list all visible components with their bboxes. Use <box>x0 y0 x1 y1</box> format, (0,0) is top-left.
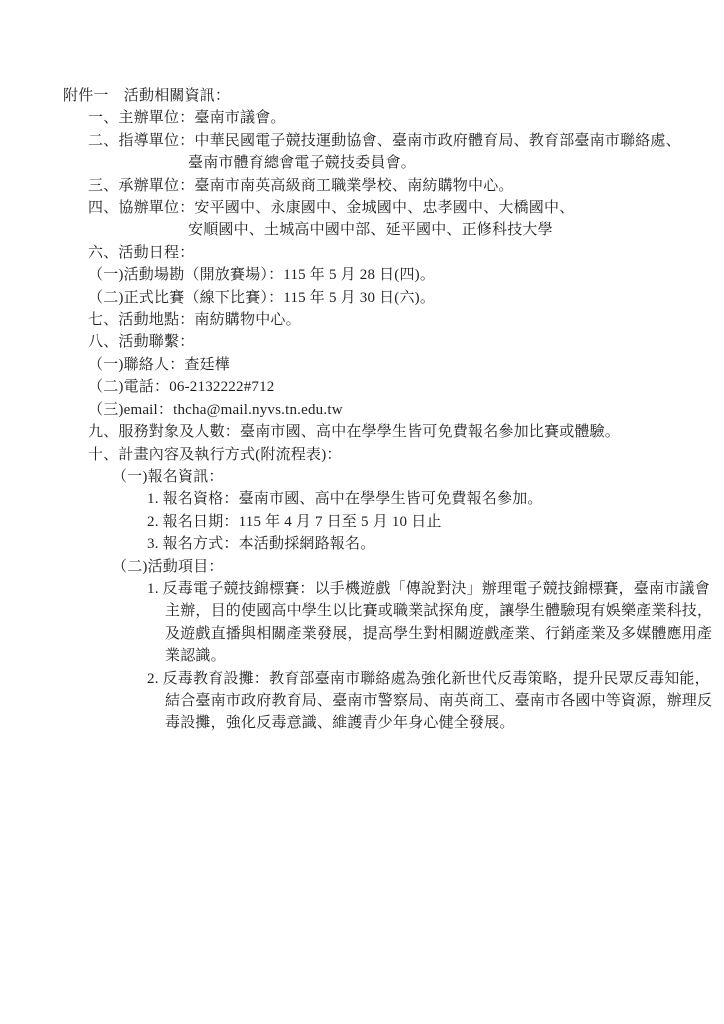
document-lines: 一、主辦單位：臺南市議會。二、指導單位：中華民國電子競技運動協會、臺南市政府體育… <box>0 107 724 734</box>
document-body: 附件一 活動相關資訊： 一、主辦單位：臺南市議會。二、指導單位：中華民國電子競技… <box>0 85 724 735</box>
text-line: 1. 反毒電子競技錦標賽：以手機遊戲「傳說對決」辦理電子競技錦標賽，臺南市議會 <box>0 578 724 600</box>
text-line: 安順國中、土城高中國中部、延平國中、正修科技大學 <box>0 219 724 241</box>
text-line: 七、活動地點：南紡購物中心。 <box>0 309 724 331</box>
text-line: 九、服務對象及人數：臺南市國、高中在學學生皆可免費報名參加比賽或體驗。 <box>0 421 724 443</box>
text-line: （三)email：thcha@mail.nyvs.tn.edu.tw <box>0 399 724 421</box>
text-line: （一)活動場勘（開放賽場）：115 年 5 月 28 日(四)。 <box>0 264 724 286</box>
text-line: 毒設攤，強化反毒意識、維護青少年身心健全發展。 <box>0 712 724 734</box>
text-line: 六、活動日程： <box>0 242 724 264</box>
text-line: 業認識。 <box>0 645 724 667</box>
text-line: （一)報名資訊： <box>0 466 724 488</box>
text-line: 臺南市體育總會電子競技委員會。 <box>0 152 724 174</box>
text-line: 八、活動聯繫： <box>0 331 724 353</box>
text-line: 十、計畫內容及執行方式(附流程表)： <box>0 444 724 466</box>
text-line: 一、主辦單位：臺南市議會。 <box>0 107 724 129</box>
text-line: 2. 報名日期：115 年 4 月 7 日至 5 月 10 日止 <box>0 511 724 533</box>
text-line: 1. 報名資格：臺南市國、高中在學學生皆可免費報名參加。 <box>0 488 724 510</box>
text-line: 3. 報名方式：本活動採網路報名。 <box>0 533 724 555</box>
document-page: 附件一 活動相關資訊： 一、主辦單位：臺南市議會。二、指導單位：中華民國電子競技… <box>0 0 724 1024</box>
text-line: （二)活動項目： <box>0 556 724 578</box>
text-line: 及遊戲直播與相關產業發展，提高學生對相關遊戲產業、行銷產業及多媒體應用產 <box>0 623 724 645</box>
text-line: （二)電話：06-2132222#712 <box>0 376 724 398</box>
text-line: 2. 反毒教育設攤：教育部臺南市聯絡處為強化新世代反毒策略，提升民眾反毒知能， <box>0 668 724 690</box>
text-line: 結合臺南市政府教育局、臺南市警察局、南英商工、臺南市各國中等資源，辦理反 <box>0 690 724 712</box>
text-line: 三、承辦單位：臺南市南英高級商工職業學校、南紡購物中心。 <box>0 175 724 197</box>
text-line: （二)正式比賽（線下比賽）：115 年 5 月 30 日(六)。 <box>0 287 724 309</box>
text-line: 四、協辦單位：安平國中、永康國中、金城國中、忠孝國中、大橋國中、 <box>0 197 724 219</box>
text-line: 主辦，目的使國高中學生以比賽或職業試探角度，讓學生體驗現有娛樂產業科技， <box>0 600 724 622</box>
text-line: （一)聯絡人：查廷樺 <box>0 354 724 376</box>
document-title: 附件一 活動相關資訊： <box>0 85 724 107</box>
text-line: 二、指導單位：中華民國電子競技運動協會、臺南市政府體育局、教育部臺南市聯絡處、 <box>0 130 724 152</box>
